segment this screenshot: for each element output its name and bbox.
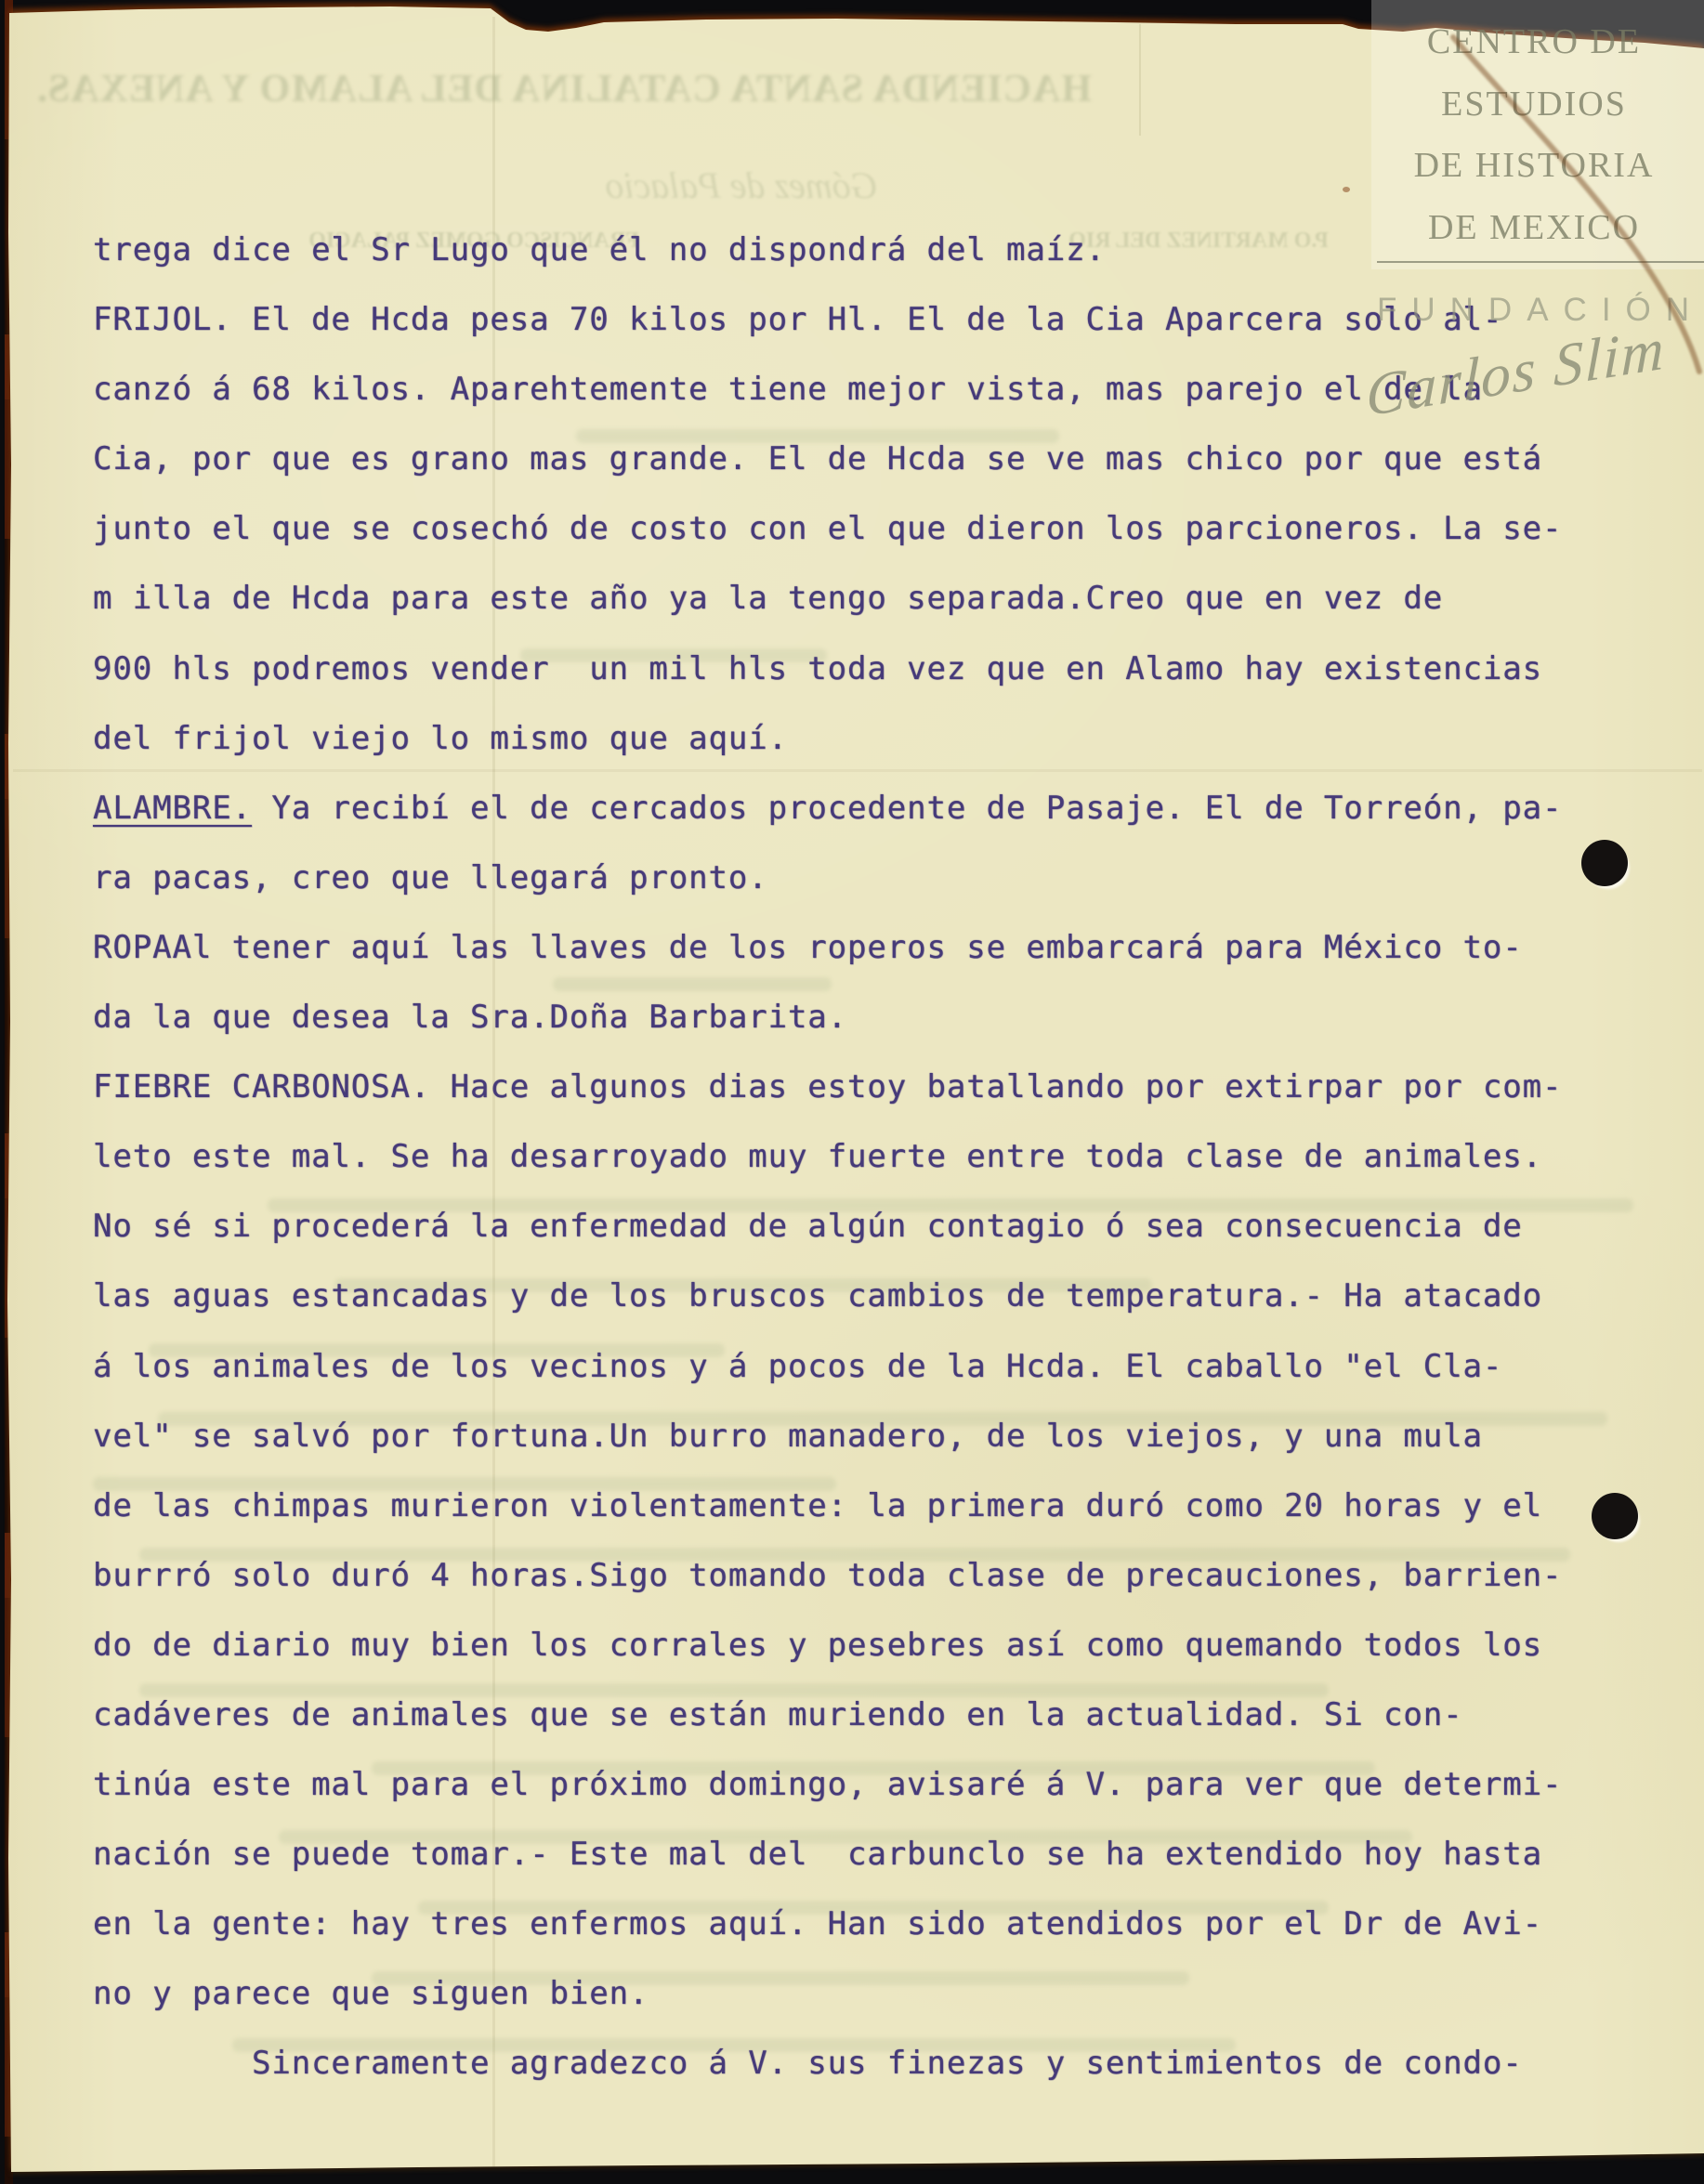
bleed-through-heading: HACIENDA SANTA CATALINA DEL ALAMO Y ANEX… xyxy=(218,67,1092,111)
typed-line: vel" se salvó por fortuna.Un burro manad… xyxy=(93,1402,1691,1471)
watermark-line: DE HISTORIA xyxy=(1364,135,1704,197)
stain-speck xyxy=(1343,187,1350,192)
watermark-line: CENTRO DE xyxy=(1364,11,1704,73)
typed-line: en la gente: hay tres enfermos aquí. Han… xyxy=(93,1890,1691,1959)
typed-line: nación se puede tomar.- Este mal del car… xyxy=(93,1820,1691,1890)
typed-line: Cia, por que es grano mas grande. El de … xyxy=(93,425,1691,494)
typed-line: las aguas estancadas y de los bruscos ca… xyxy=(93,1262,1691,1331)
typed-line: ROPAAl tener aquí las llaves de los rope… xyxy=(93,913,1691,983)
typed-line: ALAMBRE. Ya recibí el de cercados proced… xyxy=(93,774,1691,844)
typed-line: m illa de Hcda para este año ya la tengo… xyxy=(93,564,1691,634)
typed-line: junto el que se cosechó de costo con el … xyxy=(93,494,1691,564)
typed-line: 900 hls podremos vender un mil hls toda … xyxy=(93,634,1691,704)
typed-line: cadáveres de animales que se están murie… xyxy=(93,1681,1691,1750)
typed-line: del frijol viejo lo mismo que aquí. xyxy=(93,704,1691,774)
watermark-rule xyxy=(1377,261,1704,263)
scan-background: HACIENDA SANTA CATALINA DEL ALAMO Y ANEX… xyxy=(0,0,1704,2184)
typed-line: burrró solo duró 4 horas.Sigo tomando to… xyxy=(93,1541,1691,1611)
punch-hole xyxy=(1592,1493,1638,1539)
watermark-line: ESTUDIOS xyxy=(1364,73,1704,136)
typed-line: de las chimpas murieron violentamente: l… xyxy=(93,1471,1691,1541)
vertical-fold-crease xyxy=(1139,24,1141,136)
typed-line: No sé si procederá la enfermedad de algú… xyxy=(93,1192,1691,1262)
typed-line: do de diario muy bien los corrales y pes… xyxy=(93,1611,1691,1681)
typed-line: ra pacas, creo que llegará pronto. xyxy=(93,844,1691,913)
typed-line: á los animales de los vecinos y á pocos … xyxy=(93,1332,1691,1402)
typed-line: no y parece que siguen bien. xyxy=(93,1959,1691,2029)
typed-lines: trega dice el Sr Lugo que él no dispondr… xyxy=(93,216,1691,2099)
typed-line: tinúa este mal para el próximo domingo, … xyxy=(93,1750,1691,1820)
watermark-line: DE MEXICO xyxy=(1364,197,1704,259)
typed-line: FIEBRE CARBONOSA. Hace algunos dias esto… xyxy=(93,1053,1691,1122)
archive-watermark: CENTRO DE ESTUDIOS DE HISTORIA DE MEXICO xyxy=(1364,11,1704,258)
bleed-through-script-line: Gómez de Palacio xyxy=(602,163,881,207)
typed-line: Sinceramente agradezco á V. sus finezas … xyxy=(93,2029,1691,2099)
typed-line: da la que desea la Sra.Doña Barbarita. xyxy=(93,983,1691,1053)
punch-hole xyxy=(1581,840,1628,886)
typed-line: leto este mal. Se ha desarroyado muy fue… xyxy=(93,1122,1691,1192)
